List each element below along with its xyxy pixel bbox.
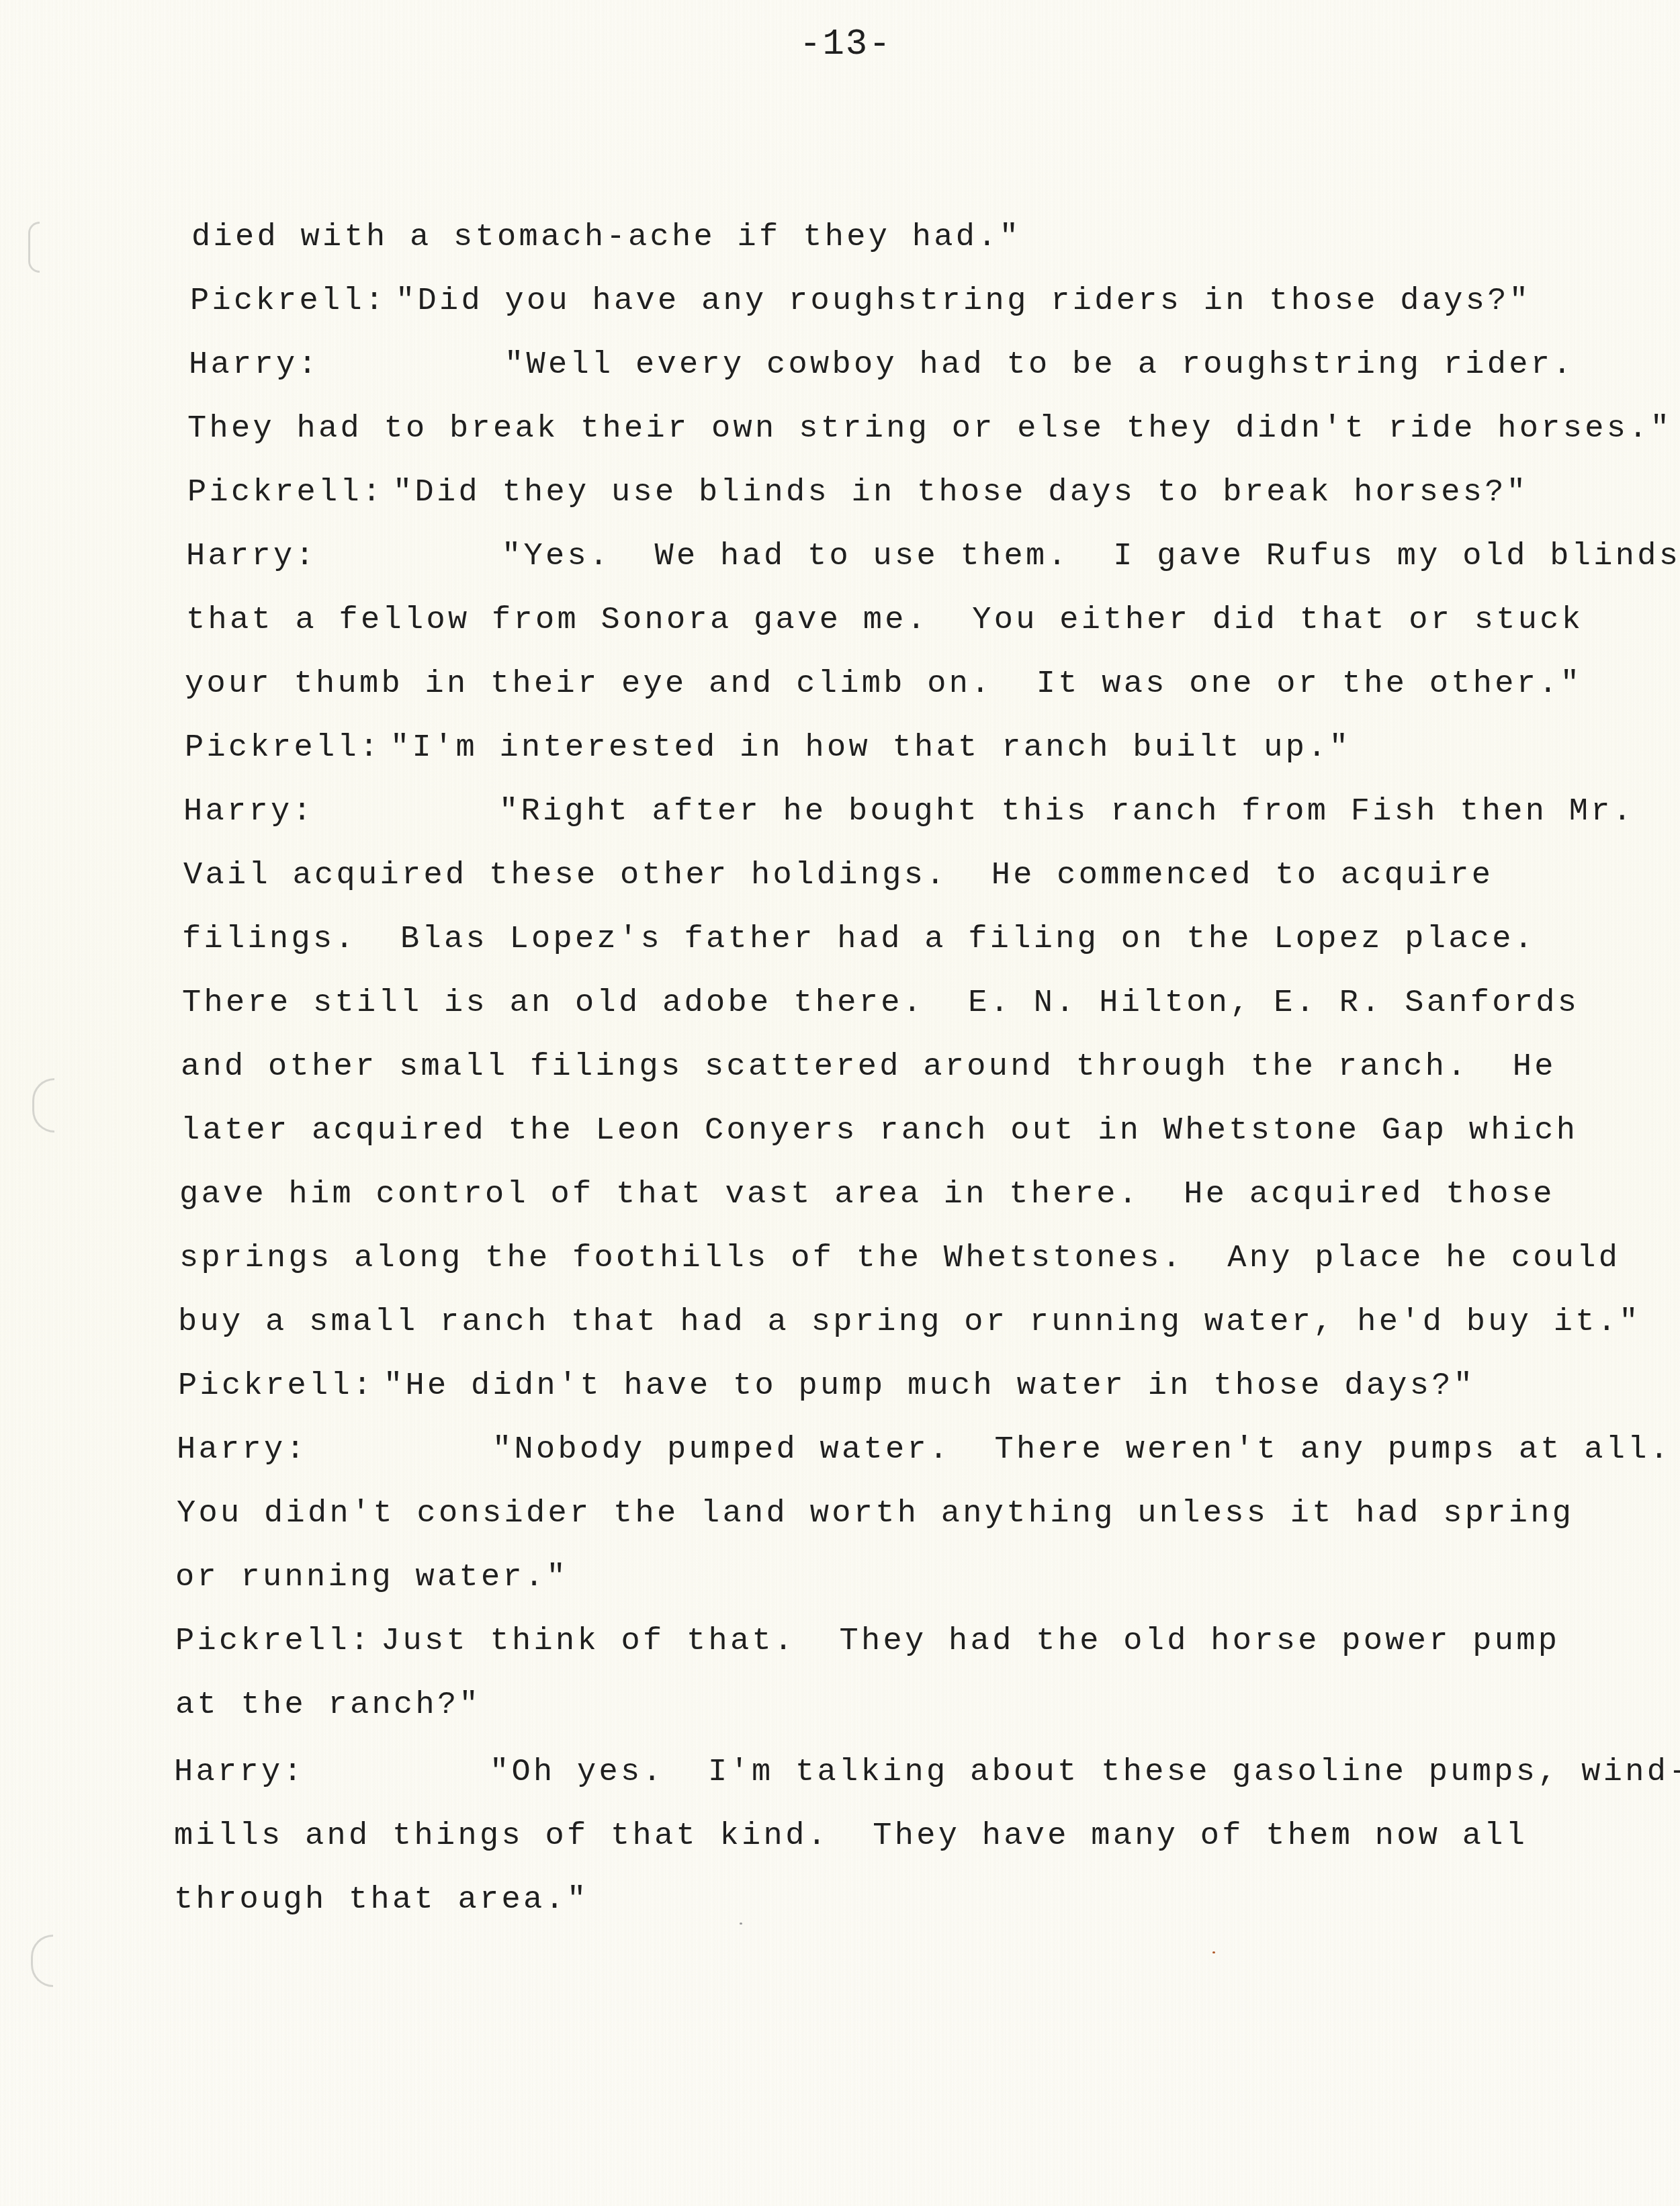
utterance-text: There still is an old adobe there. E. N.… [182,985,1579,1021]
utterance-text: "Did they use blinds in those days to br… [393,475,1528,511]
speaker-label: Harry: [186,541,502,572]
utterance-text: mills and things of that kind. They have… [174,1818,1528,1854]
punch-hole-mark [31,1935,53,1987]
dialogue-line: Pickrell:"Did they use blinds in those d… [187,477,1528,509]
continuation-line: springs along the foothills of the Whets… [179,1243,1620,1274]
continuation-line: filings. Blas Lopez's father had a filin… [182,924,1536,955]
punch-hole-mark [32,1078,54,1133]
continuation-line: They had to break their own string or el… [187,413,1672,445]
continuation-line: You didn't consider the land worth anyth… [177,1498,1574,1530]
speaker-label: Harry: [183,796,499,828]
utterance-text: Just think of that. They had the old hor… [381,1624,1560,1659]
dialogue-line: Harry:"Well every cowboy had to be a rou… [189,349,1575,381]
page-number: -13- [799,24,892,65]
utterance-text: your thumb in their eye and climb on. It… [185,666,1582,702]
dialogue-line: Harry:"Oh yes. I'm talking about these g… [174,1757,1680,1788]
utterance-text: and other small filings scattered around… [181,1049,1556,1085]
utterance-text: "Did you have any roughstring riders in … [396,283,1531,319]
speaker-label: Pickrell: [187,477,393,509]
speaker-label: Harry: [177,1434,492,1466]
dialogue-line: Pickrell:"Did you have any roughstring r… [190,285,1531,317]
dialogue-line: Pickrell:"I'm interested in how that ran… [185,732,1351,764]
dialogue-line: Pickrell:"He didn't have to pump much wa… [178,1370,1475,1402]
continuation-line: that a fellow from Sonora gave me. You e… [186,605,1583,636]
continuation-line: or running water." [175,1562,568,1593]
utterance-text: or running water." [175,1560,568,1595]
utterance-text: "Right after he bought this ranch from F… [499,794,1634,830]
speaker-label: Harry: [174,1757,490,1788]
dialogue-line: Harry:"Nobody pumped water. There weren'… [177,1434,1671,1466]
continuation-line: mills and things of that kind. They have… [174,1820,1528,1852]
paper-speck [1212,1951,1215,1953]
continuation-line: your thumb in their eye and climb on. It… [185,668,1582,700]
speaker-label: Pickrell: [185,732,390,764]
utterance-text: springs along the foothills of the Whets… [179,1241,1620,1276]
continuation-line: gave him control of that vast area in th… [179,1179,1555,1210]
continuation-line: There still is an old adobe there. E. N.… [182,987,1579,1019]
paper-crease-mark [28,222,40,273]
utterance-text: gave him control of that vast area in th… [179,1177,1555,1212]
utterance-text: through that area." [174,1882,589,1918]
continuation-line: through that area." [174,1884,589,1916]
utterance-text: Vail acquired these other holdings. He c… [183,858,1493,893]
continuation-line: at the ranch?" [175,1689,481,1721]
continuation-line: buy a small ranch that had a spring or r… [178,1307,1641,1338]
utterance-text: "Nobody pumped water. There weren't any … [492,1432,1671,1468]
paper-speck [740,1923,742,1925]
utterance-text: They had to break their own string or el… [187,411,1672,447]
continuation-line: died with a stomach-ache if they had." [191,222,1021,253]
continuation-line: Vail acquired these other holdings. He c… [183,860,1493,891]
continuation-line: later acquired the Leon Conyers ranch ou… [181,1115,1578,1147]
dialogue-line: Harry:"Yes. We had to use them. I gave R… [186,541,1680,572]
utterance-text: at the ranch?" [175,1687,481,1723]
utterance-text: "Oh yes. I'm talking about these gasolin… [490,1755,1680,1790]
continuation-line: and other small filings scattered around… [181,1051,1556,1083]
speaker-label: Pickrell: [175,1626,381,1657]
utterance-text: "Well every cowboy had to be a roughstri… [504,347,1575,383]
utterance-text: "I'm interested in how that ranch built … [390,730,1351,766]
dialogue-line: Harry:"Right after he bought this ranch … [183,796,1634,828]
utterance-text: that a fellow from Sonora gave me. You e… [186,603,1583,638]
utterance-text: died with a stomach-ache if they had." [191,220,1021,255]
typewritten-page: -13- died with a stomach-ache if they ha… [0,0,1680,2206]
speaker-label: Harry: [189,349,504,381]
utterance-text: You didn't consider the land worth anyth… [177,1496,1574,1532]
utterance-text: "Yes. We had to use them. I gave Rufus m… [502,539,1680,574]
utterance-text: buy a small ranch that had a spring or r… [178,1305,1641,1340]
utterance-text: filings. Blas Lopez's father had a filin… [182,922,1536,957]
utterance-text: later acquired the Leon Conyers ranch ou… [181,1113,1578,1149]
speaker-label: Pickrell: [178,1370,384,1402]
speaker-label: Pickrell: [190,285,396,317]
utterance-text: "He didn't have to pump much water in th… [384,1368,1475,1404]
dialogue-line: Pickrell:Just think of that. They had th… [175,1626,1560,1657]
